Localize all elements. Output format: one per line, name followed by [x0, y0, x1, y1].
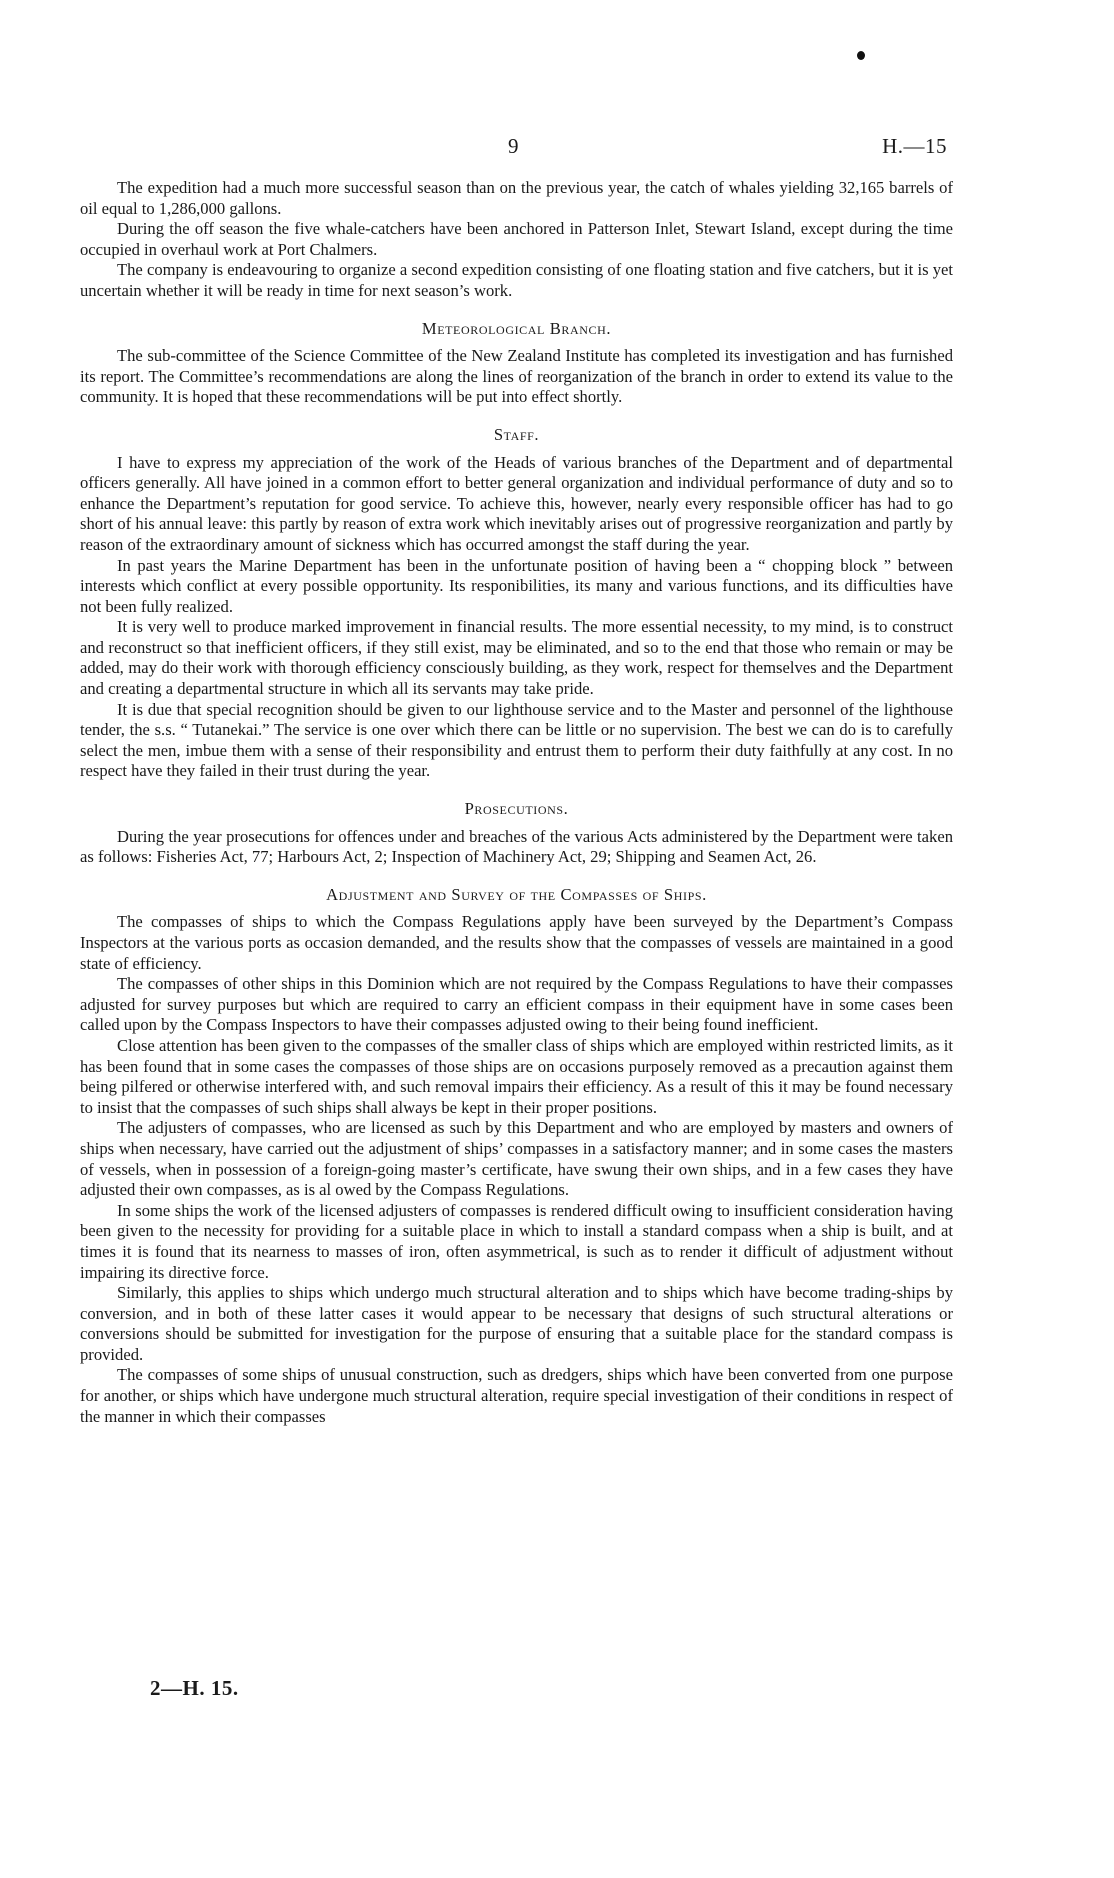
- section-heading: Meteorological Branch.: [80, 319, 953, 340]
- section-compasses: Adjustment and Survey of the Compasses o…: [80, 885, 953, 1427]
- document-body: The expedition had a much more successfu…: [80, 178, 953, 1427]
- paragraph: In past years the Marine Department has …: [80, 556, 953, 618]
- section-heading: Adjustment and Survey of the Compasses o…: [80, 885, 953, 906]
- section-prosecutions: Prosecutions. During the year prosecutio…: [80, 799, 953, 868]
- paragraph: Similarly, this applies to ships which u…: [80, 1283, 953, 1365]
- document-reference: H.—15: [882, 134, 947, 159]
- section-heading: Staff.: [80, 425, 953, 446]
- paragraph: Close attention has been given to the co…: [80, 1036, 953, 1118]
- paragraph: During the year prosecutions for offence…: [80, 827, 953, 868]
- paragraph: It is due that special recognition shoul…: [80, 700, 953, 782]
- section-whaling: The expedition had a much more successfu…: [80, 178, 953, 302]
- paragraph: It is very well to produce marked improv…: [80, 617, 953, 699]
- paragraph: The sub-committee of the Science Committ…: [80, 346, 953, 408]
- page-header: 9 H.—15: [80, 134, 953, 164]
- section-meteorological-branch: Meteorological Branch. The sub-committee…: [80, 319, 953, 408]
- section-staff: Staff. I have to express my appreciation…: [80, 425, 953, 782]
- ink-speck: [857, 51, 865, 60]
- signature-mark: 2—H. 15.: [150, 1676, 239, 1701]
- section-heading: Prosecutions.: [80, 799, 953, 820]
- paragraph: The expedition had a much more successfu…: [80, 178, 953, 219]
- paragraph: In some ships the work of the licensed a…: [80, 1201, 953, 1283]
- paragraph: I have to express my appreciation of the…: [80, 453, 953, 556]
- paragraph: The compasses of ships to which the Comp…: [80, 912, 953, 974]
- paragraph: The company is endeavouring to organize …: [80, 260, 953, 301]
- paragraph: The compasses of other ships in this Dom…: [80, 974, 953, 1036]
- paragraph: The adjusters of compasses, who are lice…: [80, 1118, 953, 1200]
- page-number: 9: [508, 134, 519, 159]
- paragraph: During the off season the five whale-cat…: [80, 219, 953, 260]
- paragraph: The compasses of some ships of unusual c…: [80, 1365, 953, 1427]
